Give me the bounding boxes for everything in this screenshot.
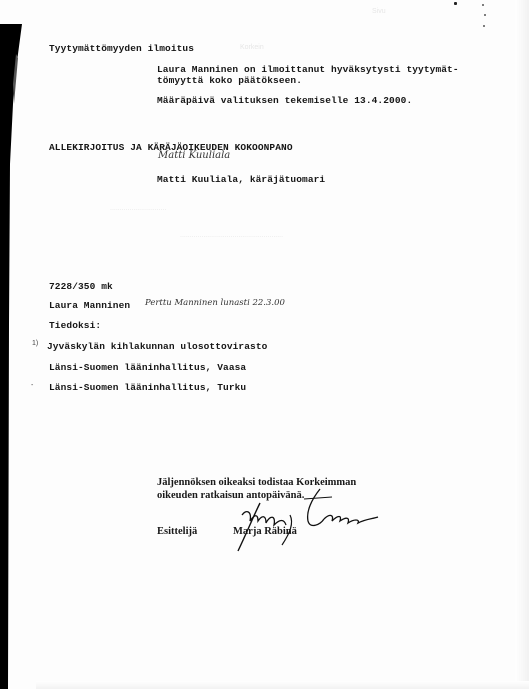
dissatisfaction-text-line2: tömyyttä koko päätökseen. xyxy=(157,75,302,86)
scan-speck xyxy=(454,2,457,5)
scan-speck xyxy=(483,25,485,27)
info-recipient-3: Länsi-Suomen lääninhallitus, Turku xyxy=(49,382,246,393)
scan-shadow-right-edge xyxy=(515,0,529,689)
certifier-role: Esittelijä xyxy=(157,525,197,538)
recipient-name: Laura Manninen xyxy=(49,300,130,311)
bleed-through-text: ............................. xyxy=(110,205,166,212)
info-recipient-2: Länsi-Suomen lääninhallitus, Vaasa xyxy=(49,362,246,373)
margin-mark: - xyxy=(31,382,33,389)
bleed-through-text: ........................................… xyxy=(180,232,283,239)
scan-shadow-bottom-edge xyxy=(36,681,529,689)
scan-shadow-left-edge xyxy=(0,24,36,689)
margin-mark: 1) xyxy=(32,340,38,347)
fee-line: 7228/350 mk xyxy=(49,281,113,292)
info-recipient-1: Jyväskylän kihlakunnan ulosottovirasto xyxy=(47,341,267,352)
judge-signature-handwritten: Matti Kuuliala xyxy=(158,150,230,161)
bleed-through-text: Korkein xyxy=(240,44,264,51)
bleed-through-text: Sivu xyxy=(372,8,386,15)
section-heading-dissatisfaction: Tyytymättömyyden ilmoitus xyxy=(49,43,194,54)
scanned-document-page: Sivu Korkein ...........................… xyxy=(0,0,529,689)
dissatisfaction-text-line1: Laura Manninen on ilmoittanut hyväksytys… xyxy=(157,64,459,75)
judge-name-title: Matti Kuuliala, käräjätuomari xyxy=(157,174,325,185)
appeal-deadline: Määräpäivä valituksen tekemiselle 13.4.2… xyxy=(157,95,412,106)
certifier-signature-handwritten xyxy=(220,485,390,555)
for-information-label: Tiedoksi: xyxy=(49,320,101,331)
scan-speck xyxy=(484,14,486,16)
scan-speck xyxy=(482,4,484,6)
recipient-handwritten-note: Perttu Manninen lunasti 22.3.00 xyxy=(145,298,285,308)
